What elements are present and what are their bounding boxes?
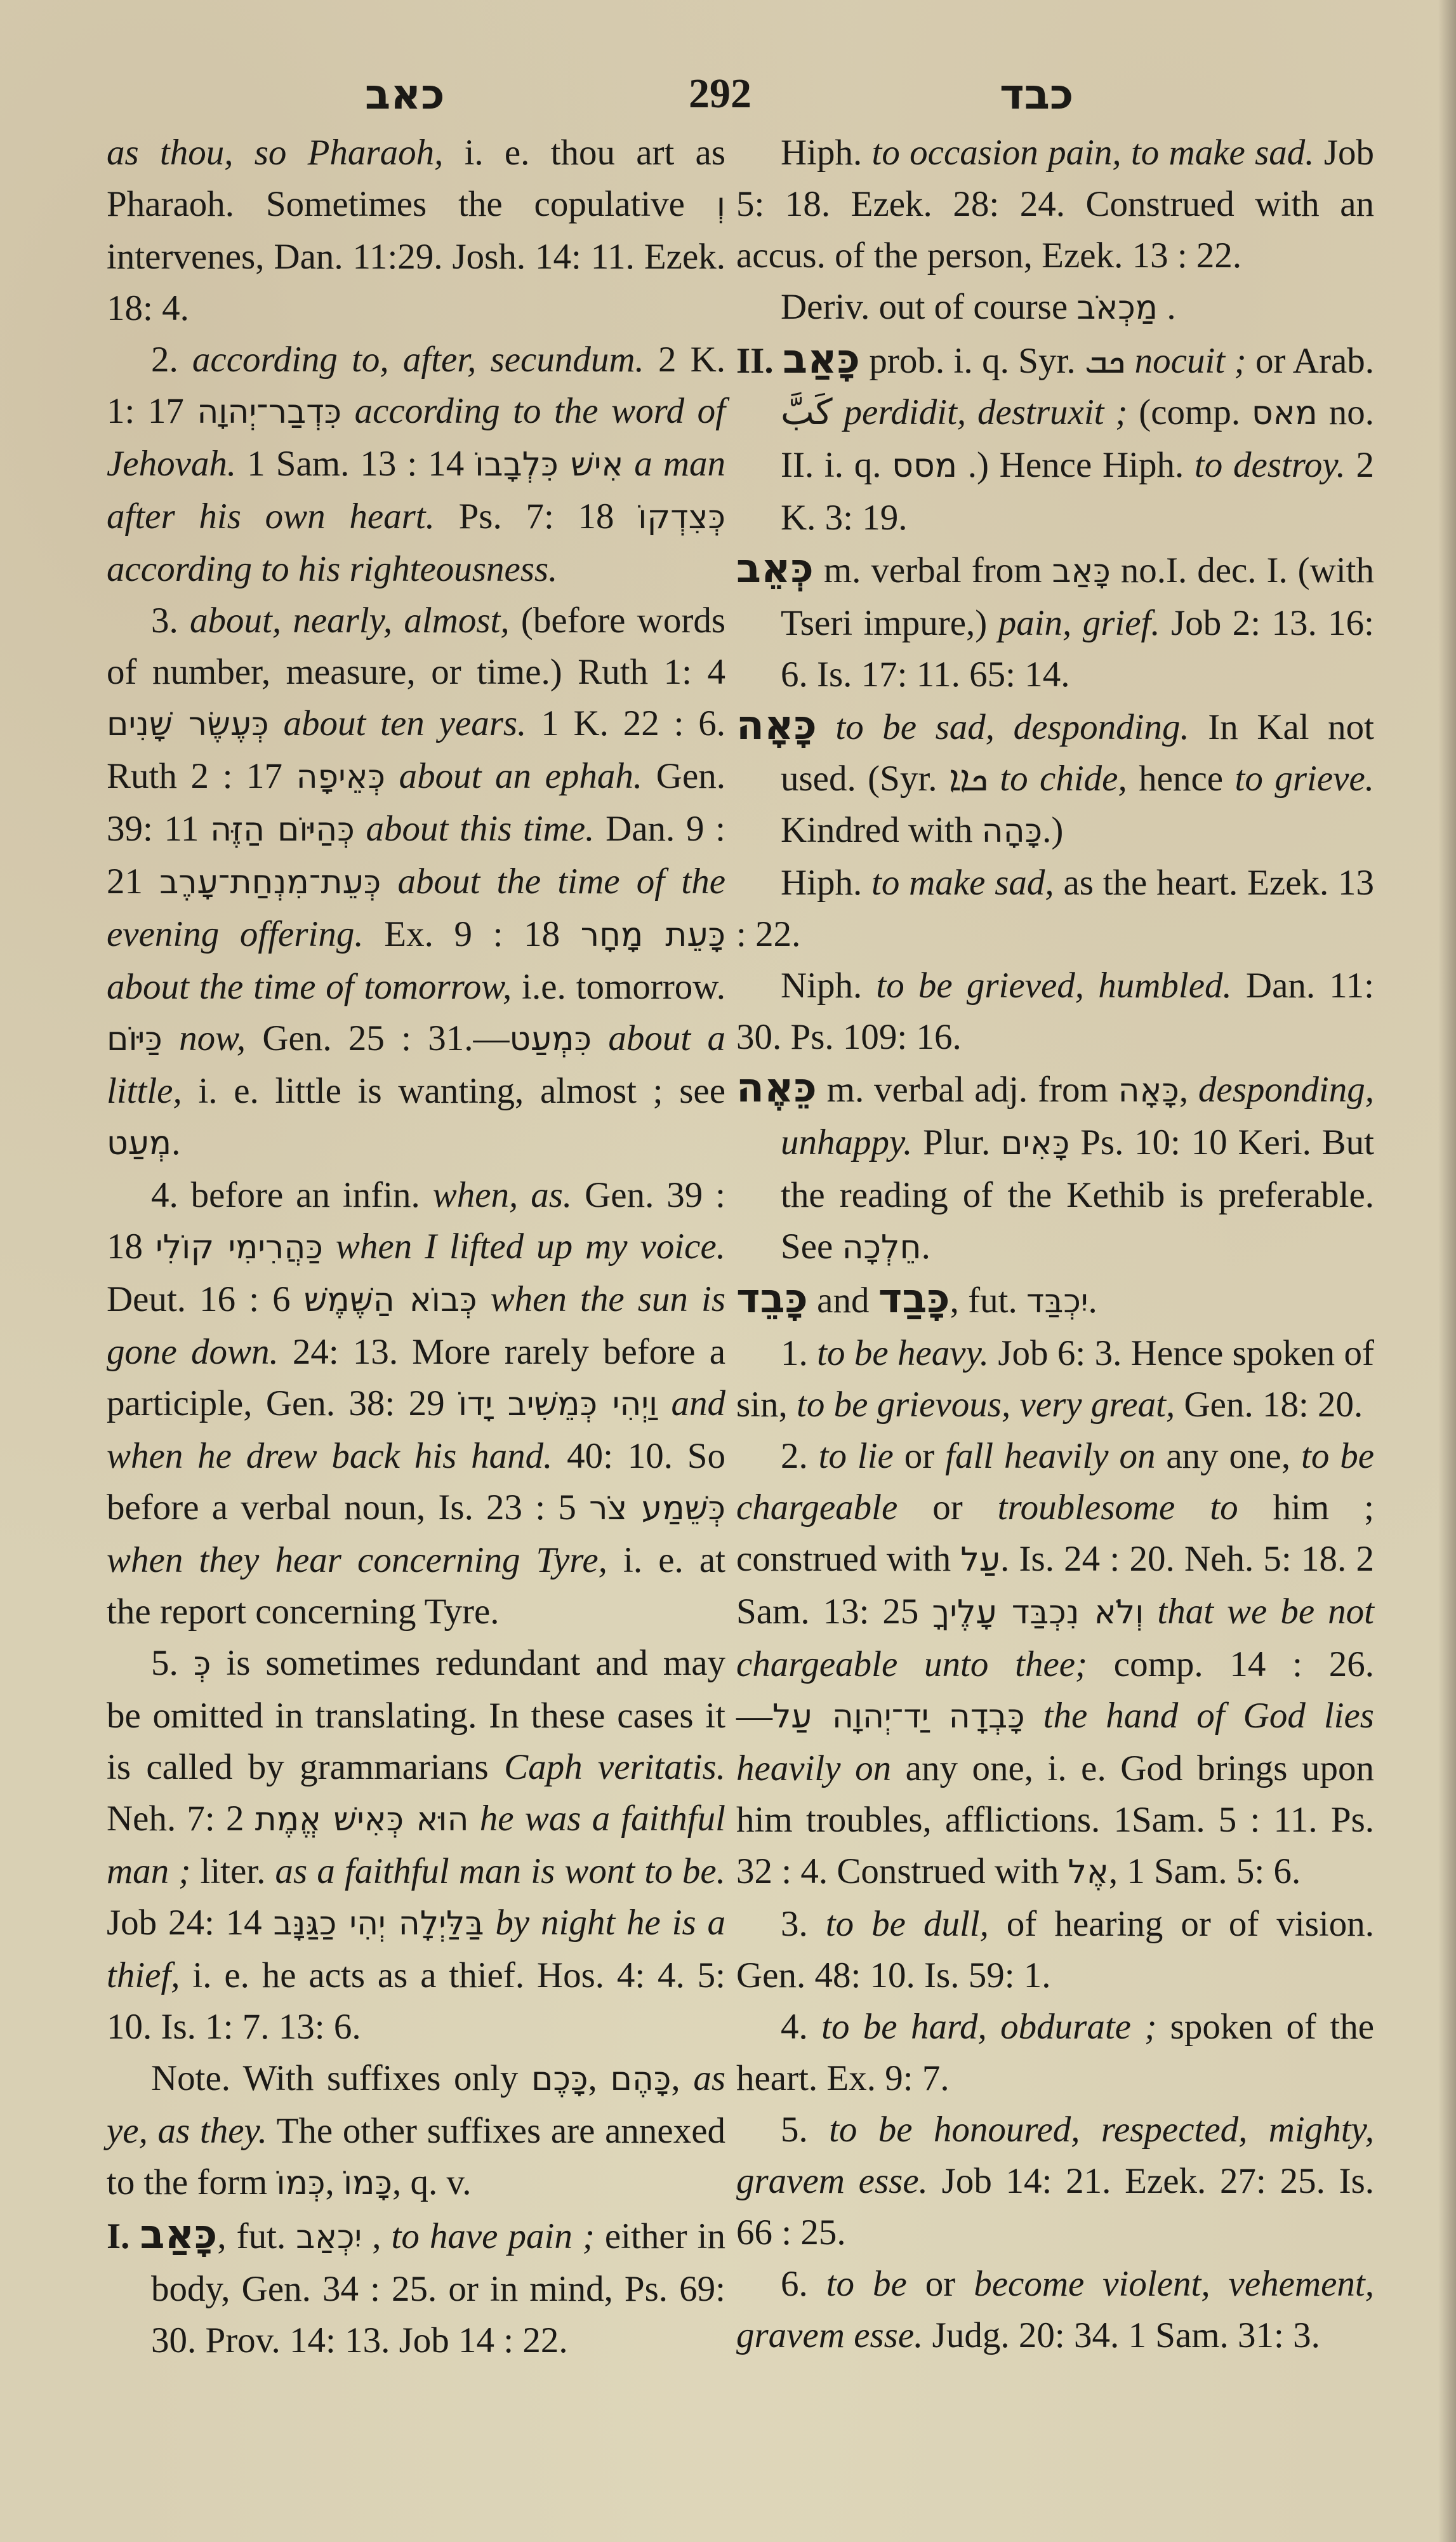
text-run: i. e. he acts as a thief. Hos. 4: 4. 5: … <box>107 1955 725 2047</box>
text-run: 1 Sam. 13 : 14 <box>236 444 475 484</box>
cognate-word: كَبَّ <box>781 392 833 433</box>
entry-paragraph: 3. to be dull, of hearing or of vision. … <box>736 1898 1374 2001</box>
text-run: m. verbal adj. from <box>817 1070 1118 1110</box>
text-run: prob. i. q. Syr. <box>860 341 1085 381</box>
italic-gloss: to chide, <box>988 759 1127 799</box>
text-run: , <box>362 2216 391 2256</box>
italic-gloss: about an ephah. <box>385 756 642 796</box>
hebrew-word: מַכְאֹב <box>1076 289 1158 327</box>
italic-gloss: about this time. <box>355 809 595 849</box>
italic-gloss: about, nearly, almost, <box>190 601 510 641</box>
hebrew-word: כִּמְעַט <box>510 1020 592 1058</box>
cognate-word: ܟܐܐ <box>949 758 988 799</box>
text-run: Hiph. <box>781 133 872 173</box>
italic-gloss: to have pain ; <box>392 2216 595 2256</box>
text-run: 4. <box>781 2007 821 2047</box>
text-run: or <box>907 2264 974 2304</box>
hebrew-word: יִכְבַּד <box>1026 1282 1089 1321</box>
italic-gloss: according to, after, secundum. <box>192 340 644 380</box>
hebrew-word: כְּאֵיפָה <box>296 758 385 796</box>
italic-gloss: fall heavily on <box>945 1436 1155 1476</box>
text-run: Job 24: 14 <box>107 1903 274 1943</box>
text-run: intervenes, Dan. 11:29. Josh. 14: 11. Ez… <box>107 237 725 328</box>
hebrew-word: כְּמוֹ <box>277 2164 326 2202</box>
italic-gloss: to occasion pain, to make sad. <box>872 133 1314 173</box>
entry-numeral: II. <box>736 341 783 381</box>
text-run: Neh. 7: 2 <box>107 1799 255 1839</box>
hebrew-word: וַיְהִי כְּמֵשִׁיב יָדוֹ <box>458 1385 658 1423</box>
text-run: . <box>922 1227 930 1267</box>
text-run: or <box>897 1487 997 1527</box>
hebrew-word: כָּמוֹ <box>343 2164 392 2202</box>
hebrew-word: עַל <box>960 1541 1000 1579</box>
italic-gloss: to be dull, <box>826 1904 989 1944</box>
text-run: or Arab. <box>1247 341 1374 381</box>
text-run: i.e. tomorrow. <box>512 967 725 1007</box>
entry-paragraph: 6. to be or become violent, vehement, gr… <box>736 2258 1374 2361</box>
text-run: and <box>808 1281 878 1321</box>
italic-gloss: to destroy. <box>1195 445 1346 485</box>
text-run: hence <box>1127 759 1235 799</box>
text-run: i. e. little is wanting, almost ; see <box>182 1071 725 1111</box>
hebrew-word: וְלֹא נִכְבַּד עָלֶיךָ <box>932 1594 1144 1632</box>
entry-paragraph: 2. to lie or fall heavily on any one, to… <box>736 1430 1374 1898</box>
hebrew-word: כַּיּוֹם <box>107 1020 162 1058</box>
text-run: 5. <box>151 1643 194 1683</box>
hebrew-word: כָּאַב <box>1052 552 1110 590</box>
entry-paragraph: 5. to be honoured, respected, mighty, gr… <box>736 2104 1374 2258</box>
text-run: Deut. 16 : 6 <box>107 1279 304 1319</box>
page-number: 292 <box>689 70 751 118</box>
hebrew-word: כְּבוֹא הַשֶּׁמֶשׁ <box>304 1281 477 1319</box>
text-run: 3. <box>781 1904 826 1944</box>
text-run: , fut. <box>950 1281 1026 1321</box>
entry-paragraph: 2. according to, after, secundum. 2 K. 1… <box>107 334 725 595</box>
text-run: 5. <box>781 2110 829 2150</box>
hebrew-word: כָּהֶם <box>610 2060 671 2098</box>
text-run: Ps. 7: 18 <box>435 496 638 536</box>
hebrew-word: מְעַט <box>107 1124 171 1162</box>
italic-gloss: perdidit, destruxit ; <box>833 392 1128 432</box>
italic-gloss: about the time of tomorrow, <box>107 967 512 1007</box>
italic-gloss: to make sad, <box>871 863 1054 903</box>
hebrew-word: אִישׁ כִּלְבָבוֹ <box>475 446 623 484</box>
entry-paragraph: 4. before an infin. when, as. Gen. 39 : … <box>107 1169 725 1637</box>
entry-paragraph: Niph. to be grieved, humbled. Dan. 11: 3… <box>736 960 1374 1063</box>
text-run: , <box>326 2162 344 2202</box>
hebrew-word: אֶל <box>1068 1853 1109 1891</box>
text-run: , q. v. <box>392 2162 472 2202</box>
italic-gloss: Caph veritatis. <box>504 1747 725 1787</box>
entry-paragraph: Note. With suffixes only כָּכֶם, כָּהֶם,… <box>107 2053 725 2209</box>
text-run: Deriv. out of course <box>781 287 1076 327</box>
headword: כָּבֵד <box>736 1275 808 1322</box>
text-run: m. verbal from <box>814 550 1052 590</box>
text-run: , fut. <box>217 2216 296 2256</box>
hebrew-word: מסס <box>892 447 957 485</box>
text-run: . <box>1158 287 1176 327</box>
italic-gloss: pain, grief. <box>998 603 1160 643</box>
dictionary-entry: כֵּאֶה m. verbal adj. from כָּאָה, despo… <box>736 1063 1374 1274</box>
entry-paragraph: as thou, so Pharaoh, i. e. thou art as P… <box>107 127 725 334</box>
text-run: , <box>671 2058 693 2098</box>
headword: כָּאַב <box>783 336 860 383</box>
italic-gloss: nocuit ; <box>1125 341 1246 381</box>
text-run: .) Hence Hiph. <box>957 445 1195 485</box>
left-column: as thou, so Pharaoh, i. e. thou art as P… <box>107 127 725 2366</box>
dictionary-entry: כְּאֵב m. verbal from כָּאַב no.I. dec. … <box>736 543 1374 700</box>
text-run: 4. before an infin. <box>151 1175 433 1215</box>
entry-paragraph: Hiph. to make sad, as the heart. Ezek. 1… <box>736 857 1374 960</box>
hebrew-word: כָּאָה <box>1118 1072 1179 1110</box>
hebrew-word: מאס <box>1252 394 1318 432</box>
hebrew-word: כָּבְדָה יַד־יְהוָה עַל <box>772 1698 1025 1736</box>
italic-gloss: when, as. <box>433 1175 572 1215</box>
text-run: 3. <box>151 601 190 641</box>
dictionary-entry: I. כָּאַב, fut. יִכְאַב , to have pain ;… <box>107 2209 725 2366</box>
italic-gloss: according to his righteousness. <box>107 549 557 589</box>
dictionary-entry: כָּאָה to be sad, desponding. In Kal not… <box>736 700 1374 857</box>
hebrew-word: כְּהַיּוֹם הַזֶּה <box>210 811 355 849</box>
entry-paragraph: Deriv. out of course מַכְאֹב . <box>736 281 1374 334</box>
hebrew-word: בַּלַּיְלָה יְהִי כַגַּנָּב <box>274 1905 484 1943</box>
entry-paragraph: 3. about, nearly, almost, (before words … <box>107 595 725 1169</box>
text-run: .) <box>1042 810 1063 850</box>
hebrew-word: הוּא כְּאִישׁ אֱמֶת <box>255 1800 469 1839</box>
page-edge-shadow <box>1438 0 1456 2542</box>
headword: כָּאַב <box>140 2211 217 2258</box>
hebrew-word: כָּעֵת מָחָר <box>581 916 725 954</box>
text-run: Kindred with <box>781 810 982 850</box>
italic-gloss: as a faithful man is wont to be. <box>275 1851 725 1891</box>
text-run: Ex. 9 : 18 <box>364 914 581 954</box>
text-run: any one, <box>1155 1436 1301 1476</box>
entry-numeral: I. <box>107 2216 140 2256</box>
text-run: . <box>171 1122 180 1162</box>
italic-gloss: to lie <box>819 1436 894 1476</box>
entry-paragraph: 4. to be hard, obdurate ; spoken of the … <box>736 2001 1374 2104</box>
hebrew-word: כָּהָה <box>982 812 1042 850</box>
italic-gloss: to be heavy. <box>817 1333 989 1373</box>
text-run: Gen. 18: 20. <box>1175 1385 1363 1425</box>
hebrew-word: כְּשֵׁמַע צֹר <box>589 1489 725 1527</box>
text-run: 2. <box>781 1436 819 1476</box>
left-guide-word: כאב <box>365 70 445 119</box>
text-run: (comp. <box>1127 392 1252 432</box>
italic-gloss: now, <box>162 1018 246 1058</box>
hebrew-word: כָּכֶם <box>531 2060 588 2098</box>
text-run: Hiph. <box>781 863 871 903</box>
text-run: , <box>588 2058 611 2098</box>
italic-gloss: when they hear concerning Tyre, <box>107 1540 607 1580</box>
text-run: Plur. <box>912 1122 1001 1162</box>
italic-gloss: to be grieved, humbled. <box>876 966 1231 1006</box>
entry-paragraph: 5. כְּ is sometimes redundant and may be… <box>107 1637 725 2053</box>
italic-gloss: when I lifted up my voice. <box>323 1227 725 1267</box>
italic-gloss: to be sad, desponding. <box>817 707 1189 747</box>
text-run: liter. <box>190 1851 275 1891</box>
text-run: 2. <box>151 340 192 380</box>
dictionary-entry: כָּבֵד and כָּבַד, fut. יִכְבַּד. <box>736 1274 1374 1328</box>
headword: כָּבַד <box>878 1275 950 1322</box>
entry-paragraph: Hiph. to occasion pain, to make sad. Job… <box>736 127 1374 281</box>
text-run: 1. <box>781 1333 817 1373</box>
headword: כְּאֵב <box>736 545 814 592</box>
text-run: Note. With suffixes only <box>151 2058 531 2098</box>
text-run: , 1 Sam. 5: 6. <box>1109 1851 1300 1891</box>
italic-gloss: to grieve. <box>1235 759 1374 799</box>
text-run: Judg. 20: 34. 1 Sam. 31: 3. <box>923 2315 1320 2355</box>
cognate-word: ܟܒ <box>1085 340 1125 382</box>
text-run: . <box>1089 1281 1097 1321</box>
italic-gloss: to be <box>826 2264 907 2304</box>
hebrew-word: כָּאִים <box>1001 1124 1069 1162</box>
hebrew-word: יִכְאַב <box>296 2218 362 2256</box>
hebrew-word: כְּ <box>194 1645 211 1683</box>
text-run: or <box>894 1436 945 1476</box>
text-run: Gen. 25 : 31.— <box>246 1018 509 1058</box>
headword: כָּאָה <box>736 702 817 749</box>
entry-paragraph: 1. to be heavy. Job 6: 3. Hence spoken o… <box>736 1328 1374 1430</box>
text-run: 6. <box>781 2264 826 2304</box>
hebrew-word: כַּהֲרִימִי קוֹלִי <box>156 1228 323 1267</box>
text-run: Niph. <box>781 966 876 1006</box>
headword: כֵּאֶה <box>736 1065 817 1112</box>
dictionary-entry: II. כָּאַב prob. i. q. Syr. ܟܒ nocuit ; … <box>736 334 1374 543</box>
italic-gloss: about ten years. <box>269 703 527 743</box>
text-run: , <box>1179 1070 1198 1110</box>
hebrew-word: חֵלְכָה <box>842 1228 922 1267</box>
hebrew-word: כְּעֶשֶׂר שָׁנִים <box>107 705 269 743</box>
right-column: Hiph. to occasion pain, to make sad. Job… <box>736 127 1374 2361</box>
hebrew-word: כְּצִדְקוֹ <box>638 498 725 536</box>
italic-gloss: as thou, so Pharaoh, <box>107 133 443 173</box>
hebrew-word: כְּעֵת־מִנְחַת־עָרֶב <box>159 863 381 902</box>
hebrew-word: וְ <box>717 186 725 224</box>
hebrew-word: כִּדְבַר־יְהוָה <box>197 393 341 431</box>
italic-gloss: to be hard, obdurate ; <box>821 2007 1156 2047</box>
right-guide-word: כבד <box>1000 70 1073 119</box>
italic-gloss: to be grievous, very great, <box>797 1385 1175 1425</box>
italic-gloss: troublesome to <box>998 1487 1238 1527</box>
